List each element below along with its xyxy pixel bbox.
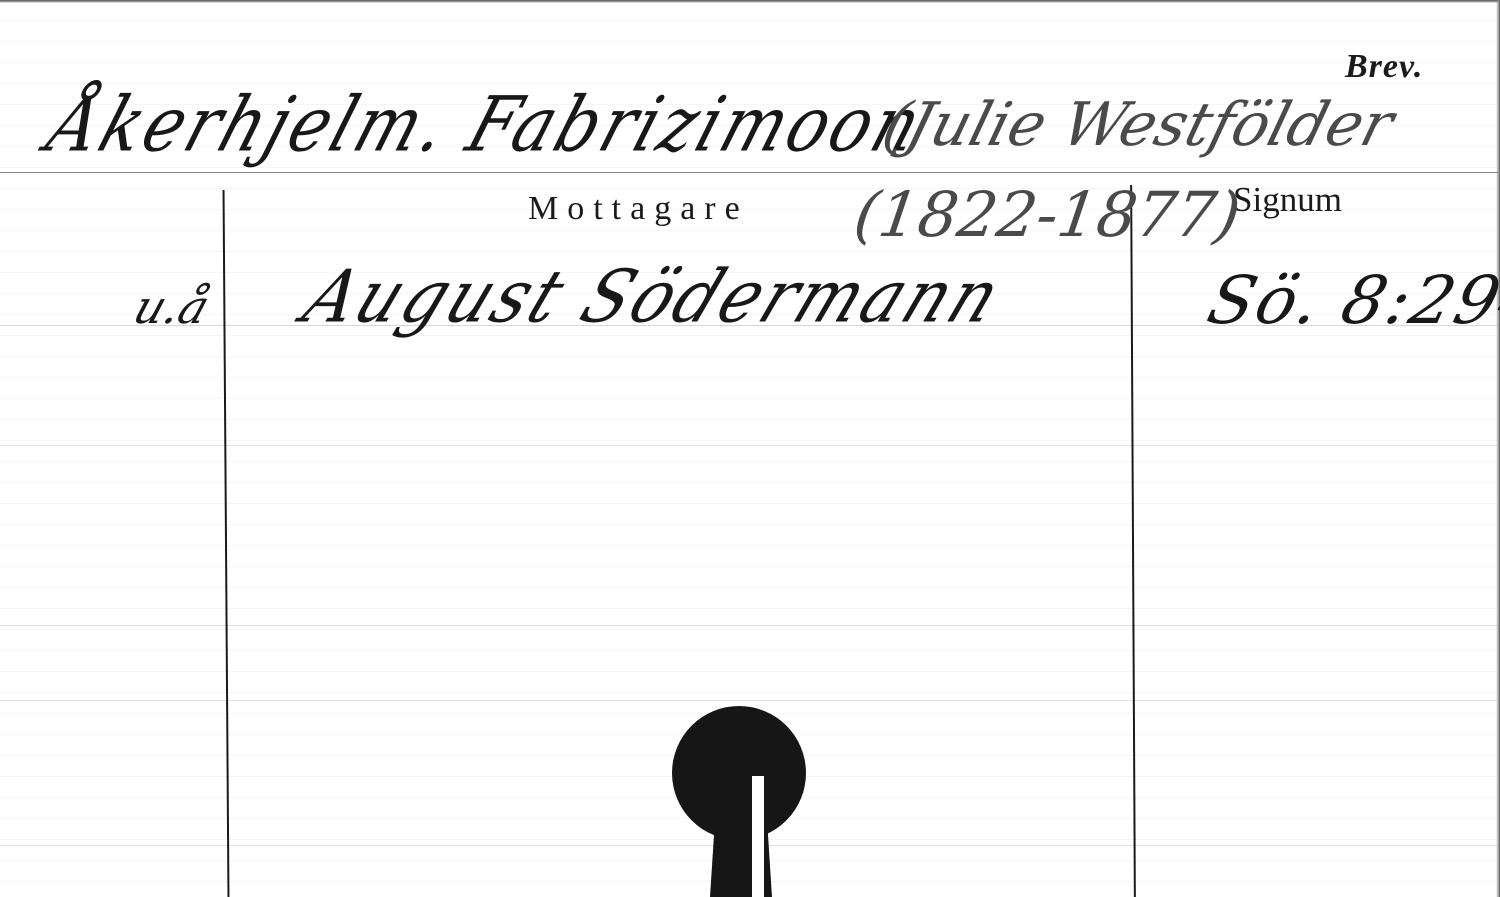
signum-column-header: Signum <box>1233 180 1342 220</box>
sender-dates: (1822-1877) <box>850 178 1245 251</box>
card-top-edge <box>0 0 1500 3</box>
column-divider-left <box>223 190 230 897</box>
ruled-line <box>0 700 1500 701</box>
recipient-column-header: Mottagare <box>528 190 749 228</box>
sender-name: Åkerhjelm. Fabrizimoon <box>38 80 935 169</box>
card-type-label: Brev. <box>1345 48 1423 86</box>
entry-signum: Sö. 8:294 <box>1200 262 1500 339</box>
catalog-card: Brev. Mottagare Signum Åkerhjelm. Fabriz… <box>0 0 1500 897</box>
punch-hole <box>672 706 806 840</box>
header-rule <box>0 172 1500 173</box>
entry-recipient: August Södermann <box>292 254 1015 339</box>
card-right-edge <box>1496 0 1500 897</box>
punch-hole-slot <box>752 776 764 897</box>
column-divider-right <box>1130 185 1136 897</box>
sender-note: (Julie Westfölder <box>876 90 1401 160</box>
